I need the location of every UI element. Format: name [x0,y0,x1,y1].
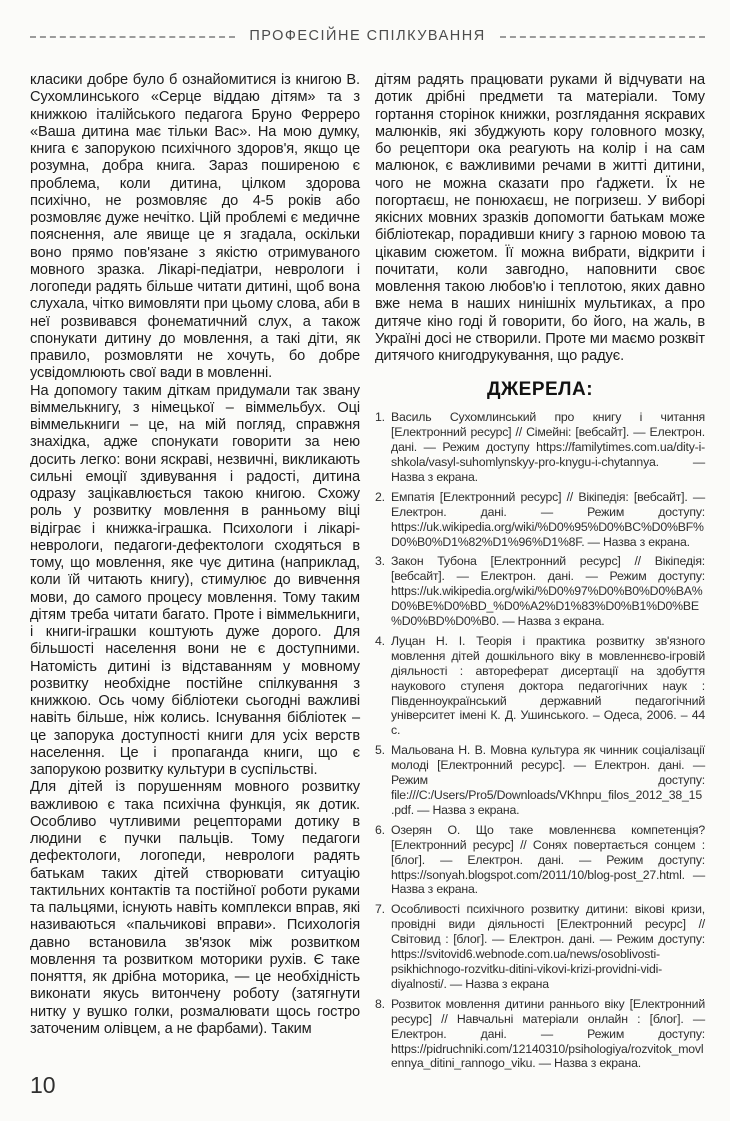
reference-item: 8. Розвиток мовлення дитини раннього вік… [375,997,705,1072]
reference-text: Емпатія [Електронний ресурс] // Вікіпеді… [391,490,705,550]
reference-text: Закон Тубона [Електронний ресурс] // Вік… [391,554,705,629]
reference-number: 4. [375,634,391,649]
reference-text: Розвиток мовлення дитини раннього віку [… [391,997,705,1072]
reference-text: Мальована Н. В. Мовна культура як чинник… [391,743,705,818]
reference-item: 1. Василь Сухомлинський про книгу і чита… [375,410,705,485]
two-column-layout: класики добре було б ознайомитися із кни… [30,72,705,1071]
reference-text: Луцан Н. І. Теорія і практика розвитку з… [391,634,705,738]
references-list: 1. Василь Сухомлинський про книгу і чита… [375,410,705,1071]
reference-item: 3. Закон Тубона [Електронний ресурс] // … [375,554,705,629]
header-rule-right [500,36,705,38]
running-head-title: ПРОФЕСІЙНЕ СПІЛКУВАННЯ [249,28,485,44]
reference-text: Озерян О. Що таке мовленнєва компетенція… [391,823,705,898]
reference-number: 1. [375,410,391,425]
reference-number: 7. [375,902,391,917]
reference-number: 5. [375,743,391,758]
paragraph: класики добре було б ознайомитися із кни… [30,72,360,383]
scanned-document-page: ПРОФЕСІЙНЕ СПІЛКУВАННЯ класики добре бул… [0,0,730,1121]
reference-item: 6. Озерян О. Що таке мовленнєва компетен… [375,823,705,898]
header-rule-left [30,36,235,38]
paragraph: Для дітей із порушенням мовного розвитку… [30,779,360,1038]
right-column: дітям радять працювати руками й відчуват… [375,72,705,1071]
reference-item: 5. Мальована Н. В. Мовна культура як чин… [375,743,705,818]
reference-item: 2. Емпатія [Електронний ресурс] // Вікіп… [375,490,705,550]
reference-item: 4. Луцан Н. І. Теорія і практика розвитк… [375,634,705,738]
running-head: ПРОФЕСІЙНЕ СПІЛКУВАННЯ [30,28,705,44]
reference-item: 7. Особливості психічного розвитку дитин… [375,902,705,991]
reference-number: 8. [375,997,391,1012]
reference-text: Василь Сухомлинський про книгу і читання… [391,410,705,485]
paragraph: На допомогу таким діткам придумали так з… [30,383,360,780]
reference-number: 6. [375,823,391,838]
reference-text: Особливості психічного розвитку дитини: … [391,902,705,991]
left-column: класики добре було б ознайомитися із кни… [30,72,360,1071]
paragraph: дітям радять працювати руками й відчуват… [375,72,705,365]
page-number: 10 [30,1072,56,1099]
reference-number: 2. [375,490,391,505]
reference-number: 3. [375,554,391,569]
sources-heading: ДЖЕРЕЛА: [375,379,705,401]
